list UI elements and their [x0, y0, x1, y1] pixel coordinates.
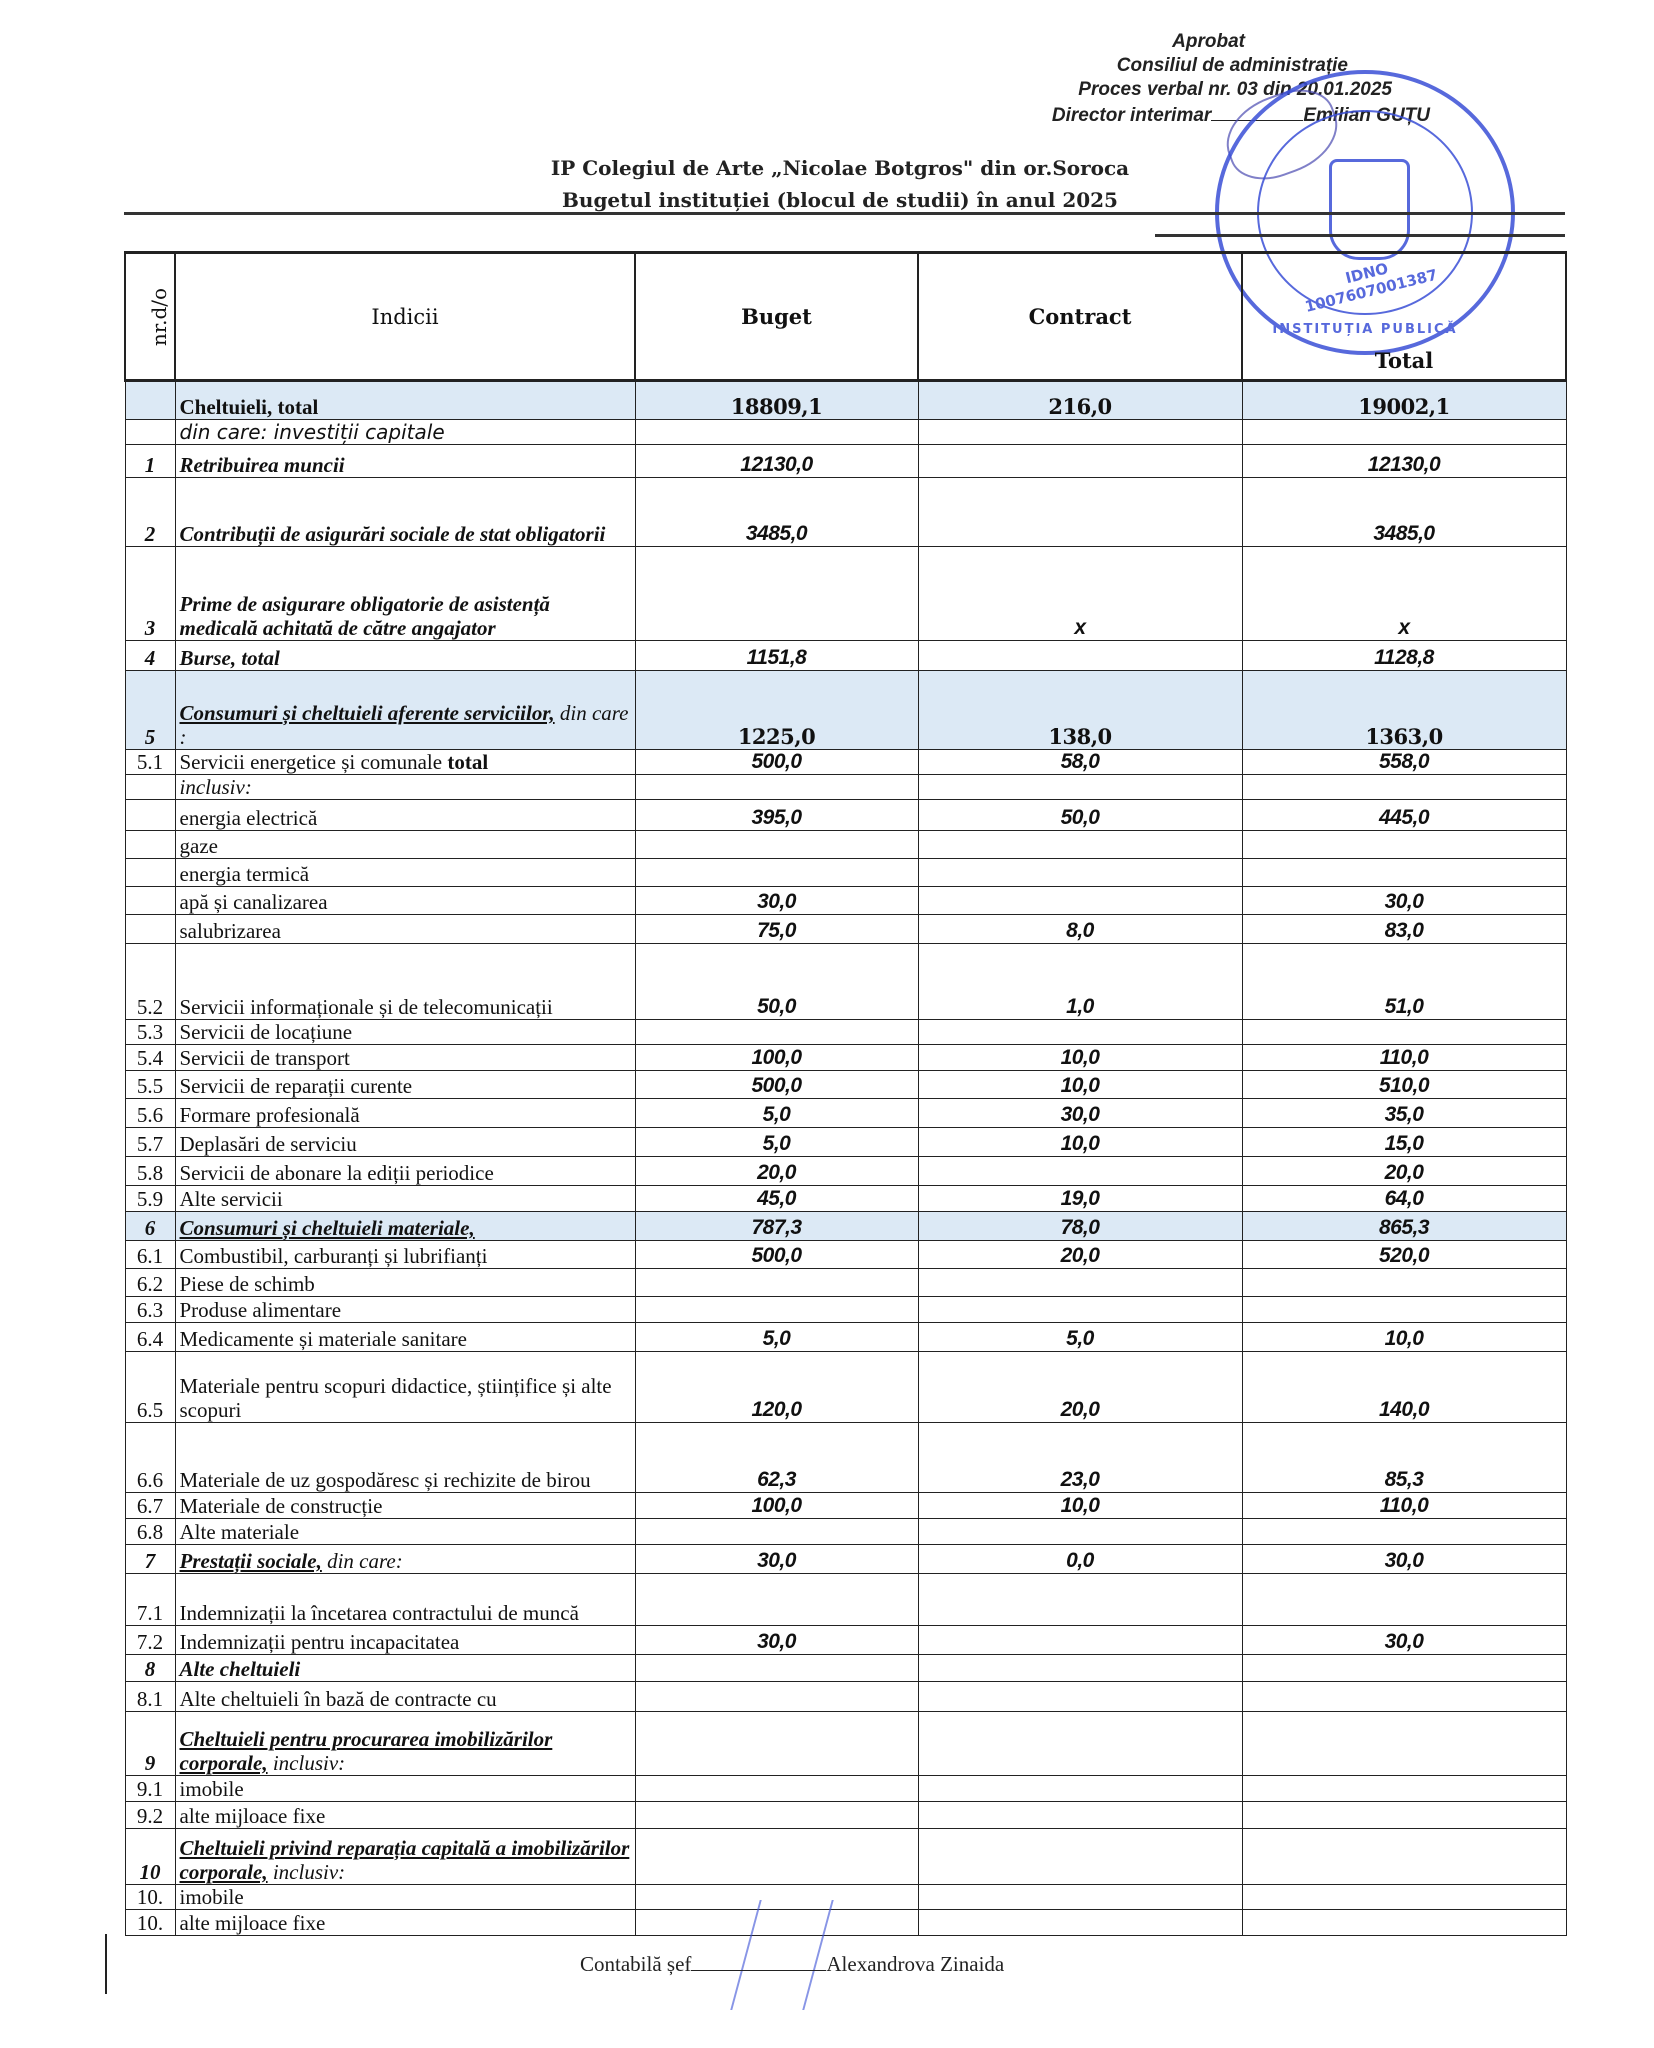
col-header-total: Total [1242, 253, 1566, 381]
contract-value [918, 641, 1242, 671]
total-value: 3485,0 [1242, 478, 1566, 547]
total-value [1242, 1776, 1566, 1802]
row-number [125, 381, 175, 420]
row-indicator: Servicii energetice și comunale total [175, 750, 635, 775]
budget-value: 500,0 [635, 1241, 918, 1269]
total-value: x [1242, 547, 1566, 641]
table-row: 6.2Piese de schimb [125, 1269, 1566, 1297]
budget-value: 50,0 [635, 944, 918, 1020]
contract-value: 10,0 [918, 1493, 1242, 1519]
total-value [1242, 1712, 1566, 1776]
row-number: 1 [125, 445, 175, 478]
table-row: 1Retribuirea muncii12130,012130,0 [125, 445, 1566, 478]
contract-value [918, 887, 1242, 915]
budget-value: 5,0 [635, 1099, 918, 1128]
total-value: 51,0 [1242, 944, 1566, 1020]
indicator-label: Servicii de reparații curente [180, 1074, 413, 1098]
row-indicator: alte mijloace fixe [175, 1910, 635, 1936]
table-row: 5.5Servicii de reparații curente500,010,… [125, 1071, 1566, 1099]
total-value: 19002,1 [1242, 381, 1566, 420]
row-number: 6.4 [125, 1323, 175, 1352]
total-value: 15,0 [1242, 1128, 1566, 1157]
table-row: 10.imobile [125, 1885, 1566, 1910]
total-value: 520,0 [1242, 1241, 1566, 1269]
table-row: 6.5Materiale pentru scopuri didactice, ș… [125, 1352, 1566, 1423]
row-indicator: Deplasări de serviciu [175, 1128, 635, 1157]
row-number: 6.6 [125, 1423, 175, 1493]
indicator-label: Prime de asigurare obligatorie de asiste… [180, 592, 550, 640]
indicator-suffix: din care: [322, 1549, 403, 1573]
total-value: 110,0 [1242, 1493, 1566, 1519]
row-indicator: Alte cheltuieli în bază de contracte cu [175, 1682, 635, 1712]
budget-value [635, 831, 918, 859]
total-value [1242, 1910, 1566, 1936]
indicator-label: inclusiv: [180, 775, 252, 799]
row-indicator: gaze [175, 831, 635, 859]
contract-value [918, 1885, 1242, 1910]
indicator-label: energia electrică [180, 806, 318, 830]
total-value: 445,0 [1242, 800, 1566, 831]
table-row: 5.6Formare profesională5,030,035,0 [125, 1099, 1566, 1128]
total-value: 1363,0 [1242, 671, 1566, 750]
total-value: 1128,8 [1242, 641, 1566, 671]
contract-value [918, 1776, 1242, 1802]
indicator-label: Alte servicii [180, 1187, 283, 1211]
row-indicator: Formare profesională [175, 1099, 635, 1128]
budget-value: 12130,0 [635, 445, 918, 478]
contract-value [918, 1020, 1242, 1045]
row-indicator: Prime de asigurare obligatorie de asiste… [175, 547, 635, 641]
table-row: 8Alte cheltuieli [125, 1655, 1566, 1682]
contract-value: 58,0 [918, 750, 1242, 775]
contract-value: 10,0 [918, 1045, 1242, 1071]
budget-value [635, 547, 918, 641]
contract-value [918, 1626, 1242, 1655]
table-row: 7.1Indemnizații la încetarea contractulu… [125, 1574, 1566, 1626]
total-value [1242, 1269, 1566, 1297]
contract-value: 20,0 [918, 1352, 1242, 1423]
row-indicator: Alte materiale [175, 1519, 635, 1545]
total-value: 64,0 [1242, 1186, 1566, 1212]
row-indicator: energia electrică [175, 800, 635, 831]
row-number: 5.5 [125, 1071, 175, 1099]
table-row: 5.9Alte servicii45,019,064,0 [125, 1186, 1566, 1212]
table-row: 8.1Alte cheltuieli în bază de contracte … [125, 1682, 1566, 1712]
indicator-label: salubrizarea [180, 919, 281, 943]
contract-value: 0,0 [918, 1545, 1242, 1574]
budget-value: 62,3 [635, 1423, 918, 1493]
budget-value: 20,0 [635, 1157, 918, 1186]
row-number: 4 [125, 641, 175, 671]
row-number: 5.1 [125, 750, 175, 775]
contract-value: 216,0 [918, 381, 1242, 420]
contract-value: 10,0 [918, 1128, 1242, 1157]
row-number: 7.2 [125, 1626, 175, 1655]
table-row: 9Cheltuieli pentru procurarea imobilizăr… [125, 1712, 1566, 1776]
budget-value: 3485,0 [635, 478, 918, 547]
row-indicator: salubrizarea [175, 915, 635, 944]
indicator-label: Alte cheltuieli [180, 1657, 301, 1681]
col-header-nr: nr.d/o [125, 253, 175, 381]
contract-value [918, 1297, 1242, 1323]
table-header-row: nr.d/o Indicii Buget Contract Total [125, 253, 1566, 381]
budget-value: 5,0 [635, 1323, 918, 1352]
total-value [1242, 1020, 1566, 1045]
contract-value [918, 478, 1242, 547]
table-row: 9.1imobile [125, 1776, 1566, 1802]
row-indicator: Cheltuieli privind reparația capitală a … [175, 1829, 635, 1885]
indicator-label: Prestații sociale, [180, 1549, 322, 1573]
row-indicator: Servicii informaționale și de telecomuni… [175, 944, 635, 1020]
contract-value [918, 1712, 1242, 1776]
budget-value: 395,0 [635, 800, 918, 831]
row-number: 6.7 [125, 1493, 175, 1519]
row-number: 5.3 [125, 1020, 175, 1045]
budget-value: 30,0 [635, 1545, 918, 1574]
indicator-label: Contribuții de asigurări sociale de stat… [180, 522, 606, 546]
table-row: 5.1Servicii energetice și comunale total… [125, 750, 1566, 775]
budget-value [635, 1829, 918, 1885]
table-row: 7.2Indemnizații pentru incapacitatea30,0… [125, 1626, 1566, 1655]
total-value [1242, 1519, 1566, 1545]
row-indicator: Cheltuieli pentru procurarea imobilizări… [175, 1712, 635, 1776]
table-row: 6.8Alte materiale [125, 1519, 1566, 1545]
row-number: 5.2 [125, 944, 175, 1020]
indicator-label: gaze [180, 834, 218, 858]
row-number: 5.9 [125, 1186, 175, 1212]
indicator-label: energia termică [180, 862, 310, 886]
row-indicator: Retribuirea muncii [175, 445, 635, 478]
table-row: 6Consumuri și cheltuieli materiale,787,3… [125, 1212, 1566, 1241]
budget-value: 45,0 [635, 1186, 918, 1212]
margin-line [105, 1934, 107, 1994]
contract-value [918, 1829, 1242, 1885]
total-value: 865,3 [1242, 1212, 1566, 1241]
row-indicator: din care: investiții capitale [175, 420, 635, 445]
contract-value: 138,0 [918, 671, 1242, 750]
contract-value: x [918, 547, 1242, 641]
row-indicator: Medicamente și materiale sanitare [175, 1323, 635, 1352]
director-label: Director interimar [1052, 105, 1211, 126]
indicator-label: Combustibil, carburanți și lubrifianți [180, 1244, 488, 1268]
row-indicator: Indemnizații la încetarea contractului d… [175, 1574, 635, 1626]
row-indicator: alte mijloace fixe [175, 1802, 635, 1829]
footer-signature: Contabilă șefAlexandrova Zinaida [580, 1950, 1004, 1977]
budget-value: 500,0 [635, 750, 918, 775]
indicator-label: Deplasări de serviciu [180, 1132, 357, 1156]
total-value [1242, 1829, 1566, 1885]
indicator-label: Servicii informaționale și de telecomuni… [180, 995, 553, 1019]
col-header-indicator: Indicii [175, 253, 635, 381]
row-number: 10. [125, 1910, 175, 1936]
budget-value [635, 1020, 918, 1045]
contract-value: 78,0 [918, 1212, 1242, 1241]
total-value [1242, 1574, 1566, 1626]
table-row: 9.2alte mijloace fixe [125, 1802, 1566, 1829]
row-number [125, 859, 175, 887]
col-header-budget: Buget [635, 253, 918, 381]
total-value [1242, 1682, 1566, 1712]
row-number: 3 [125, 547, 175, 641]
contract-value [918, 859, 1242, 887]
col-header-contract: Contract [918, 253, 1242, 381]
row-indicator: Produse alimentare [175, 1297, 635, 1323]
indicator-label: din care: investiții capitale [180, 420, 445, 444]
contract-value: 20,0 [918, 1241, 1242, 1269]
budget-value: 30,0 [635, 887, 918, 915]
table-row: 6.3Produse alimentare [125, 1297, 1566, 1323]
budget-value: 100,0 [635, 1045, 918, 1071]
row-number: 7 [125, 1545, 175, 1574]
table-row: 6.7Materiale de construcție100,010,0110,… [125, 1493, 1566, 1519]
row-indicator: Servicii de reparații curente [175, 1071, 635, 1099]
contract-value: 5,0 [918, 1323, 1242, 1352]
total-value: 140,0 [1242, 1352, 1566, 1423]
approval-council: Consiliul de administrație [1000, 54, 1560, 78]
row-indicator: Contribuții de asigurări sociale de stat… [175, 478, 635, 547]
header-rule [1155, 234, 1565, 237]
total-value [1242, 1655, 1566, 1682]
contract-value: 1,0 [918, 944, 1242, 1020]
contract-value [918, 1655, 1242, 1682]
table-row: salubrizarea75,08,083,0 [125, 915, 1566, 944]
budget-value [635, 1574, 918, 1626]
table-row: gaze [125, 831, 1566, 859]
accountant-signature-line [691, 1950, 826, 1971]
table-row: 5.2Servicii informaționale și de telecom… [125, 944, 1566, 1020]
coat-of-arms-icon [1329, 159, 1410, 260]
indicator-label: Piese de schimb [180, 1272, 315, 1296]
accountant-name: Alexandrova Zinaida [826, 1952, 1004, 1976]
budget-value: 120,0 [635, 1352, 918, 1423]
row-indicator: Servicii de transport [175, 1045, 635, 1071]
table-row: 7Prestații sociale, din care:30,00,030,0 [125, 1545, 1566, 1574]
accountant-role: Contabilă șef [580, 1952, 691, 1976]
indicator-label: imobile [180, 1885, 244, 1909]
budget-value: 500,0 [635, 1071, 918, 1099]
contract-value: 10,0 [918, 1071, 1242, 1099]
table-row: 5.8Servicii de abonare la ediții periodi… [125, 1157, 1566, 1186]
row-indicator: Combustibil, carburanți și lubrifianți [175, 1241, 635, 1269]
row-indicator: Consumuri și cheltuieli aferente servici… [175, 671, 635, 750]
contract-value [918, 1519, 1242, 1545]
row-indicator: Materiale pentru scopuri didactice, știi… [175, 1352, 635, 1423]
table-row: energia termică [125, 859, 1566, 887]
row-indicator: energia termică [175, 859, 635, 887]
row-number: 6.1 [125, 1241, 175, 1269]
budget-value: 75,0 [635, 915, 918, 944]
approval-title: Aprobat [1000, 30, 1560, 54]
budget-value: 5,0 [635, 1128, 918, 1157]
row-indicator: apă și canalizarea [175, 887, 635, 915]
row-number: 10 [125, 1829, 175, 1885]
total-value: 558,0 [1242, 750, 1566, 775]
indicator-label: Materiale de uz gospodăresc și rechizite… [180, 1468, 591, 1492]
row-number: 2 [125, 478, 175, 547]
row-number: 6.3 [125, 1297, 175, 1323]
row-indicator: Materiale de uz gospodăresc și rechizite… [175, 1423, 635, 1493]
table-row: din care: investiții capitale [125, 420, 1566, 445]
indicator-label: Servicii de transport [180, 1046, 350, 1070]
total-value: 12130,0 [1242, 445, 1566, 478]
row-indicator: imobile [175, 1885, 635, 1910]
indicator-label: Cheltuieli, total [180, 395, 319, 419]
budget-table: nr.d/o Indicii Buget Contract Total Chel… [124, 251, 1567, 1936]
indicator-label: Produse alimentare [180, 1298, 342, 1322]
indicator-label: Consumuri și cheltuieli aferente servici… [180, 701, 555, 725]
row-indicator: Cheltuieli, total [175, 381, 635, 420]
row-number: 9.1 [125, 1776, 175, 1802]
budget-value [635, 1269, 918, 1297]
contract-value [918, 1910, 1242, 1936]
budget-value [635, 775, 918, 800]
budget-value [635, 1682, 918, 1712]
total-value [1242, 859, 1566, 887]
indicator-label: Materiale pentru scopuri didactice, știi… [180, 1374, 612, 1422]
table-row: 10Cheltuieli privind reparația capitală … [125, 1829, 1566, 1885]
total-value [1242, 420, 1566, 445]
table-row: 5.3Servicii de locațiune [125, 1020, 1566, 1045]
table-row: 5.4Servicii de transport100,010,0110,0 [125, 1045, 1566, 1071]
total-value [1242, 1802, 1566, 1829]
institution-name: IP Colegiul de Arte „Nicolae Botgros" di… [460, 152, 1220, 184]
budget-value [635, 1802, 918, 1829]
document-title: IP Colegiul de Arte „Nicolae Botgros" di… [460, 152, 1220, 216]
row-indicator: Alte cheltuieli [175, 1655, 635, 1682]
row-indicator: Burse, total [175, 641, 635, 671]
table-row: 6.4Medicamente și materiale sanitare5,05… [125, 1323, 1566, 1352]
row-number [125, 420, 175, 445]
budget-value [635, 1712, 918, 1776]
row-number: 5.4 [125, 1045, 175, 1071]
row-indicator: Indemnizații pentru incapacitatea [175, 1626, 635, 1655]
budget-value: 30,0 [635, 1626, 918, 1655]
row-number: 6 [125, 1212, 175, 1241]
row-number: 5 [125, 671, 175, 750]
contract-value: 8,0 [918, 915, 1242, 944]
indicator-label: Alte materiale [180, 1520, 300, 1544]
total-value [1242, 831, 1566, 859]
indicator-label: imobile [180, 1777, 244, 1801]
row-indicator: Materiale de construcție [175, 1493, 635, 1519]
indicator-label: alte mijloace fixe [180, 1911, 326, 1935]
indicator-label: Indemnizații pentru incapacitatea [180, 1630, 460, 1654]
total-value [1242, 1297, 1566, 1323]
indicator-label: Burse, total [180, 646, 280, 670]
table-row: apă și canalizarea30,030,0 [125, 887, 1566, 915]
indicator-label: Cheltuieli privind reparația capitală a … [180, 1836, 630, 1884]
total-value: 83,0 [1242, 915, 1566, 944]
row-indicator: imobile [175, 1776, 635, 1802]
indicator-label: Cheltuieli pentru procurarea imobilizări… [180, 1727, 553, 1775]
budget-value: 100,0 [635, 1493, 918, 1519]
table-row: 10.alte mijloace fixe [125, 1910, 1566, 1936]
row-indicator: Servicii de abonare la ediții periodice [175, 1157, 635, 1186]
row-indicator: Servicii de locațiune [175, 1020, 635, 1045]
indicator-label: apă și canalizarea [180, 890, 328, 914]
row-number: 10. [125, 1885, 175, 1910]
row-number: 6.2 [125, 1269, 175, 1297]
table-row: 3Prime de asigurare obligatorie de asist… [125, 547, 1566, 641]
table-row: 4Burse, total1151,81128,8 [125, 641, 1566, 671]
row-number: 5.7 [125, 1128, 175, 1157]
title-underline [124, 212, 1565, 215]
table-row: 6.1Combustibil, carburanți și lubrifianț… [125, 1241, 1566, 1269]
row-number: 5.6 [125, 1099, 175, 1128]
contract-value [918, 1682, 1242, 1712]
total-value: 510,0 [1242, 1071, 1566, 1099]
total-value [1242, 1885, 1566, 1910]
row-indicator: Prestații sociale, din care: [175, 1545, 635, 1574]
indicator-label: Indemnizații la încetarea contractului d… [180, 1601, 579, 1625]
contract-value: 19,0 [918, 1186, 1242, 1212]
budget-value: 18809,1 [635, 381, 918, 420]
row-number: 6.5 [125, 1352, 175, 1423]
table-row: 5Consumuri și cheltuieli aferente servic… [125, 671, 1566, 750]
row-number [125, 800, 175, 831]
row-number: 5.8 [125, 1157, 175, 1186]
indicator-label: Consumuri și cheltuieli materiale, [180, 1216, 475, 1240]
row-indicator: Piese de schimb [175, 1269, 635, 1297]
table-row: Cheltuieli, total18809,1216,019002,1 [125, 381, 1566, 420]
row-number [125, 775, 175, 800]
budget-value [635, 1655, 918, 1682]
budget-value: 787,3 [635, 1212, 918, 1241]
total-value: 110,0 [1242, 1045, 1566, 1071]
contract-value [918, 1574, 1242, 1626]
indicator-label: Servicii de locațiune [180, 1020, 353, 1044]
row-indicator: Alte servicii [175, 1186, 635, 1212]
indicator-label: Alte cheltuieli în bază de contracte cu [180, 1687, 497, 1711]
total-value: 30,0 [1242, 1626, 1566, 1655]
indicator-suffix: inclusiv: [268, 1860, 346, 1884]
total-value: 85,3 [1242, 1423, 1566, 1493]
contract-value [918, 831, 1242, 859]
budget-value [635, 1776, 918, 1802]
total-value: 30,0 [1242, 1545, 1566, 1574]
row-indicator: inclusiv: [175, 775, 635, 800]
indicator-suffix: inclusiv: [268, 1751, 346, 1775]
row-number [125, 915, 175, 944]
indicator-label: Retribuirea muncii [180, 453, 345, 477]
table-row: 6.6Materiale de uz gospodăresc și rechiz… [125, 1423, 1566, 1493]
total-value: 20,0 [1242, 1157, 1566, 1186]
row-number: 9.2 [125, 1802, 175, 1829]
table-row: 2Contribuții de asigurări sociale de sta… [125, 478, 1566, 547]
table-row: inclusiv: [125, 775, 1566, 800]
table-row: energia electrică395,050,0445,0 [125, 800, 1566, 831]
row-number [125, 831, 175, 859]
contract-value: 23,0 [918, 1423, 1242, 1493]
row-indicator: Consumuri și cheltuieli materiale, [175, 1212, 635, 1241]
contract-value [918, 1157, 1242, 1186]
contract-value: 50,0 [918, 800, 1242, 831]
contract-value: 30,0 [918, 1099, 1242, 1128]
indicator-label: Servicii de abonare la ediții periodice [180, 1161, 494, 1185]
budget-value [635, 859, 918, 887]
total-value: 35,0 [1242, 1099, 1566, 1128]
budget-value [635, 1519, 918, 1545]
total-value [1242, 775, 1566, 800]
row-number: 6.8 [125, 1519, 175, 1545]
contract-value [918, 1269, 1242, 1297]
budget-value: 1151,8 [635, 641, 918, 671]
indicator-label: Medicamente și materiale sanitare [180, 1327, 467, 1351]
row-number: 8 [125, 1655, 175, 1682]
indicator-label: alte mijloace fixe [180, 1804, 326, 1828]
row-number: 7.1 [125, 1574, 175, 1626]
budget-value [635, 420, 918, 445]
